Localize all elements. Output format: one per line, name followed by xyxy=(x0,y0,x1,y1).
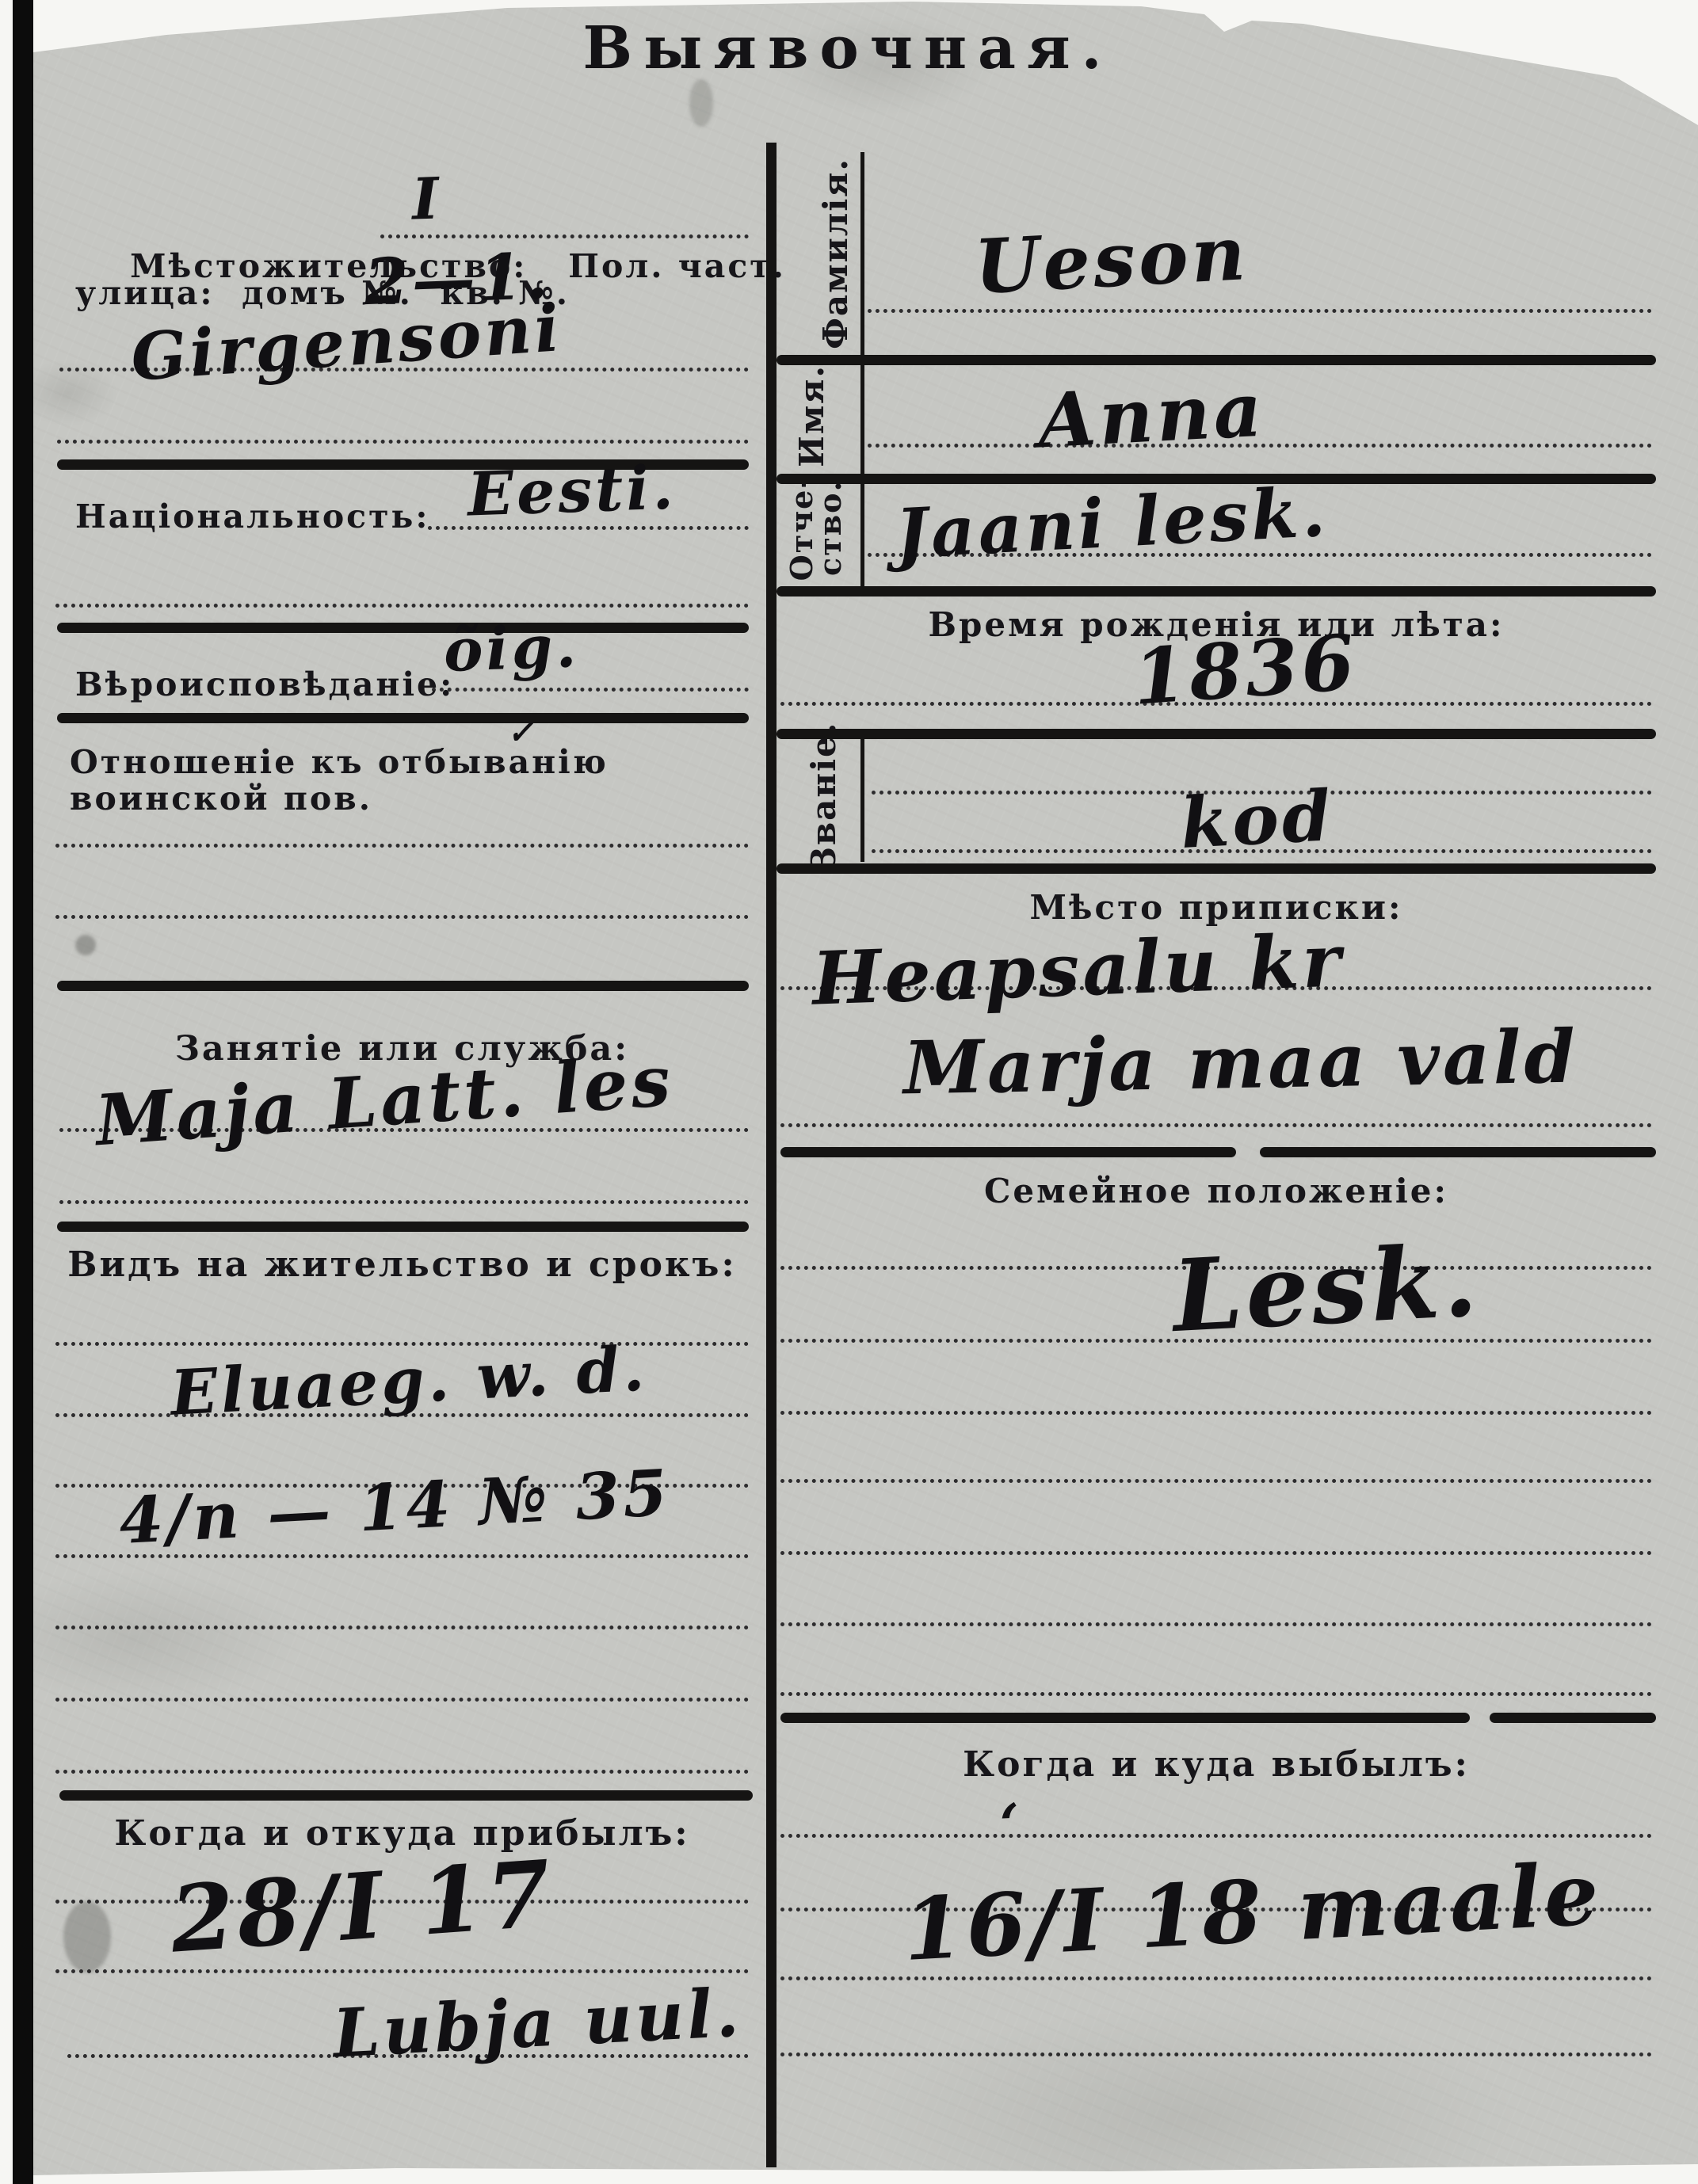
page-title: Выявочная. xyxy=(444,14,1252,82)
paper-smudge xyxy=(75,935,96,955)
dotted-line xyxy=(780,1479,1652,1483)
birth-value: 1836 xyxy=(1131,624,1360,716)
registration-value-2: Marja maa vald xyxy=(902,1020,1578,1105)
arrived-label: Когда и откуда прибылъ: xyxy=(55,1814,749,1853)
nationality-label: Національность: xyxy=(75,499,430,536)
firstname-value: Anna xyxy=(1036,373,1267,459)
paper-smudge xyxy=(63,1901,111,1972)
dotted-line xyxy=(55,1698,749,1702)
registration-value-1: Heapsalu kr xyxy=(811,924,1345,1015)
dotted-line xyxy=(55,1626,749,1629)
firstname-label: Имя. xyxy=(796,353,828,479)
dotted-line xyxy=(780,2053,1652,2056)
section-rule xyxy=(57,623,749,633)
dotted-line xyxy=(55,604,749,608)
police-part-label: Пол. част. xyxy=(568,247,786,285)
dotted-line xyxy=(380,234,749,238)
dotted-line xyxy=(432,688,749,692)
dotted-line xyxy=(55,1969,749,1973)
arrived-value-1: 28/I 17 xyxy=(168,1848,557,1965)
column-divider xyxy=(766,143,777,2167)
religion-label: Вѣроисповѣданіе: xyxy=(75,667,454,703)
section-rule xyxy=(780,1147,1236,1157)
dotted-line xyxy=(780,1692,1652,1696)
section-rule xyxy=(777,729,1656,739)
dotted-line xyxy=(780,1411,1652,1415)
military-checkmark: ✓ xyxy=(506,716,537,749)
section-rule xyxy=(57,981,749,991)
dotted-line xyxy=(55,1770,749,1774)
label-inner-line-rank xyxy=(860,735,864,862)
paper-smudge xyxy=(689,79,713,127)
dotted-line xyxy=(780,1834,1652,1838)
police-part-value: I xyxy=(411,170,443,227)
section-rule xyxy=(57,1222,749,1232)
dotted-line xyxy=(57,440,749,444)
religion-value: õig. xyxy=(443,617,580,680)
section-rule xyxy=(777,586,1656,597)
surname-value: Ueson xyxy=(973,216,1250,305)
dotted-line xyxy=(55,844,749,848)
military-label: Отношеніе къ отбыванію воинской пов. xyxy=(70,745,761,818)
family-value: Lesk. xyxy=(1170,1232,1482,1347)
section-rule xyxy=(1490,1713,1656,1723)
arrived-value-2: Lubja uul. xyxy=(331,1980,743,2068)
dotted-line xyxy=(55,915,749,919)
section-rule xyxy=(777,355,1656,365)
document-page: Выявочная. Мѣстожительство: Пол. част. I… xyxy=(0,0,1698,2184)
departed-mark: ʻ xyxy=(999,1797,1024,1853)
label-inner-line-top xyxy=(860,152,864,586)
section-rule xyxy=(780,1713,1470,1723)
dotted-line xyxy=(780,1622,1652,1626)
section-rule xyxy=(1260,1147,1656,1157)
permit-label: Видъ на жительство и срокъ: xyxy=(55,1245,749,1284)
family-label: Семейное положеніе: xyxy=(780,1172,1652,1210)
dotted-line xyxy=(59,1200,749,1204)
surname-label: Фамилія. xyxy=(820,154,852,353)
dotted-line xyxy=(780,1123,1652,1127)
dotted-line xyxy=(780,1551,1652,1555)
scan-edge-left xyxy=(13,0,33,2184)
departed-label: Когда и куда выбылъ: xyxy=(780,1745,1652,1784)
section-rule xyxy=(57,713,749,723)
rank-value: kod xyxy=(1179,780,1336,858)
registration-label: Мѣсто приписки: xyxy=(780,889,1652,926)
section-rule xyxy=(777,863,1656,874)
section-rule xyxy=(59,1790,753,1801)
nationality-value: Eesti. xyxy=(467,457,677,524)
